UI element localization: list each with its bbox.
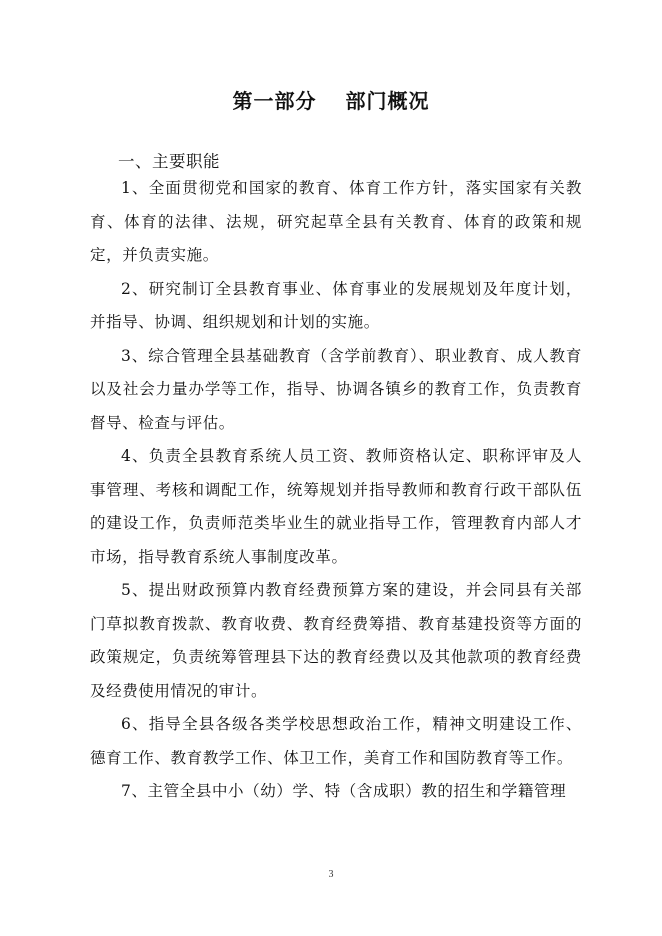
paragraph-3: 3、综合管理全县基础教育（含学前教育）、职业教育、成人教育以及社会力量办学等工作… (90, 340, 582, 441)
paragraph-6: 6、指导全县各级各类学校思想政治工作，精神文明建设工作、德育工作、教育教学工作、… (90, 708, 582, 775)
body-text: 1、全面贯彻党和国家的教育、体育工作方针，落实国家有关教育、体育的法律、法规，研… (90, 172, 582, 809)
page-number: 3 (0, 869, 662, 880)
paragraph-7: 7、主管全县中小（幼）学、特（含成职）教的招生和学籍管理 (90, 775, 582, 809)
section-heading: 一、主要职能 (118, 148, 220, 172)
paragraph-5: 5、提出财政预算内教育经费预算方案的建设，并会同县有关部门草拟教育拨款、教育收费… (90, 574, 582, 708)
paragraph-4: 4、负责全县教育系统人员工资、教师资格认定、职称评审及人事管理、考核和调配工作，… (90, 440, 582, 574)
page-title: 第一部分 部门概况 (0, 85, 662, 114)
paragraph-2: 2、研究制订全县教育事业、体育事业的发展规划及年度计划，并指导、协调、组织规划和… (90, 273, 582, 340)
paragraph-1: 1、全面贯彻党和国家的教育、体育工作方针，落实国家有关教育、体育的法律、法规，研… (90, 172, 582, 273)
